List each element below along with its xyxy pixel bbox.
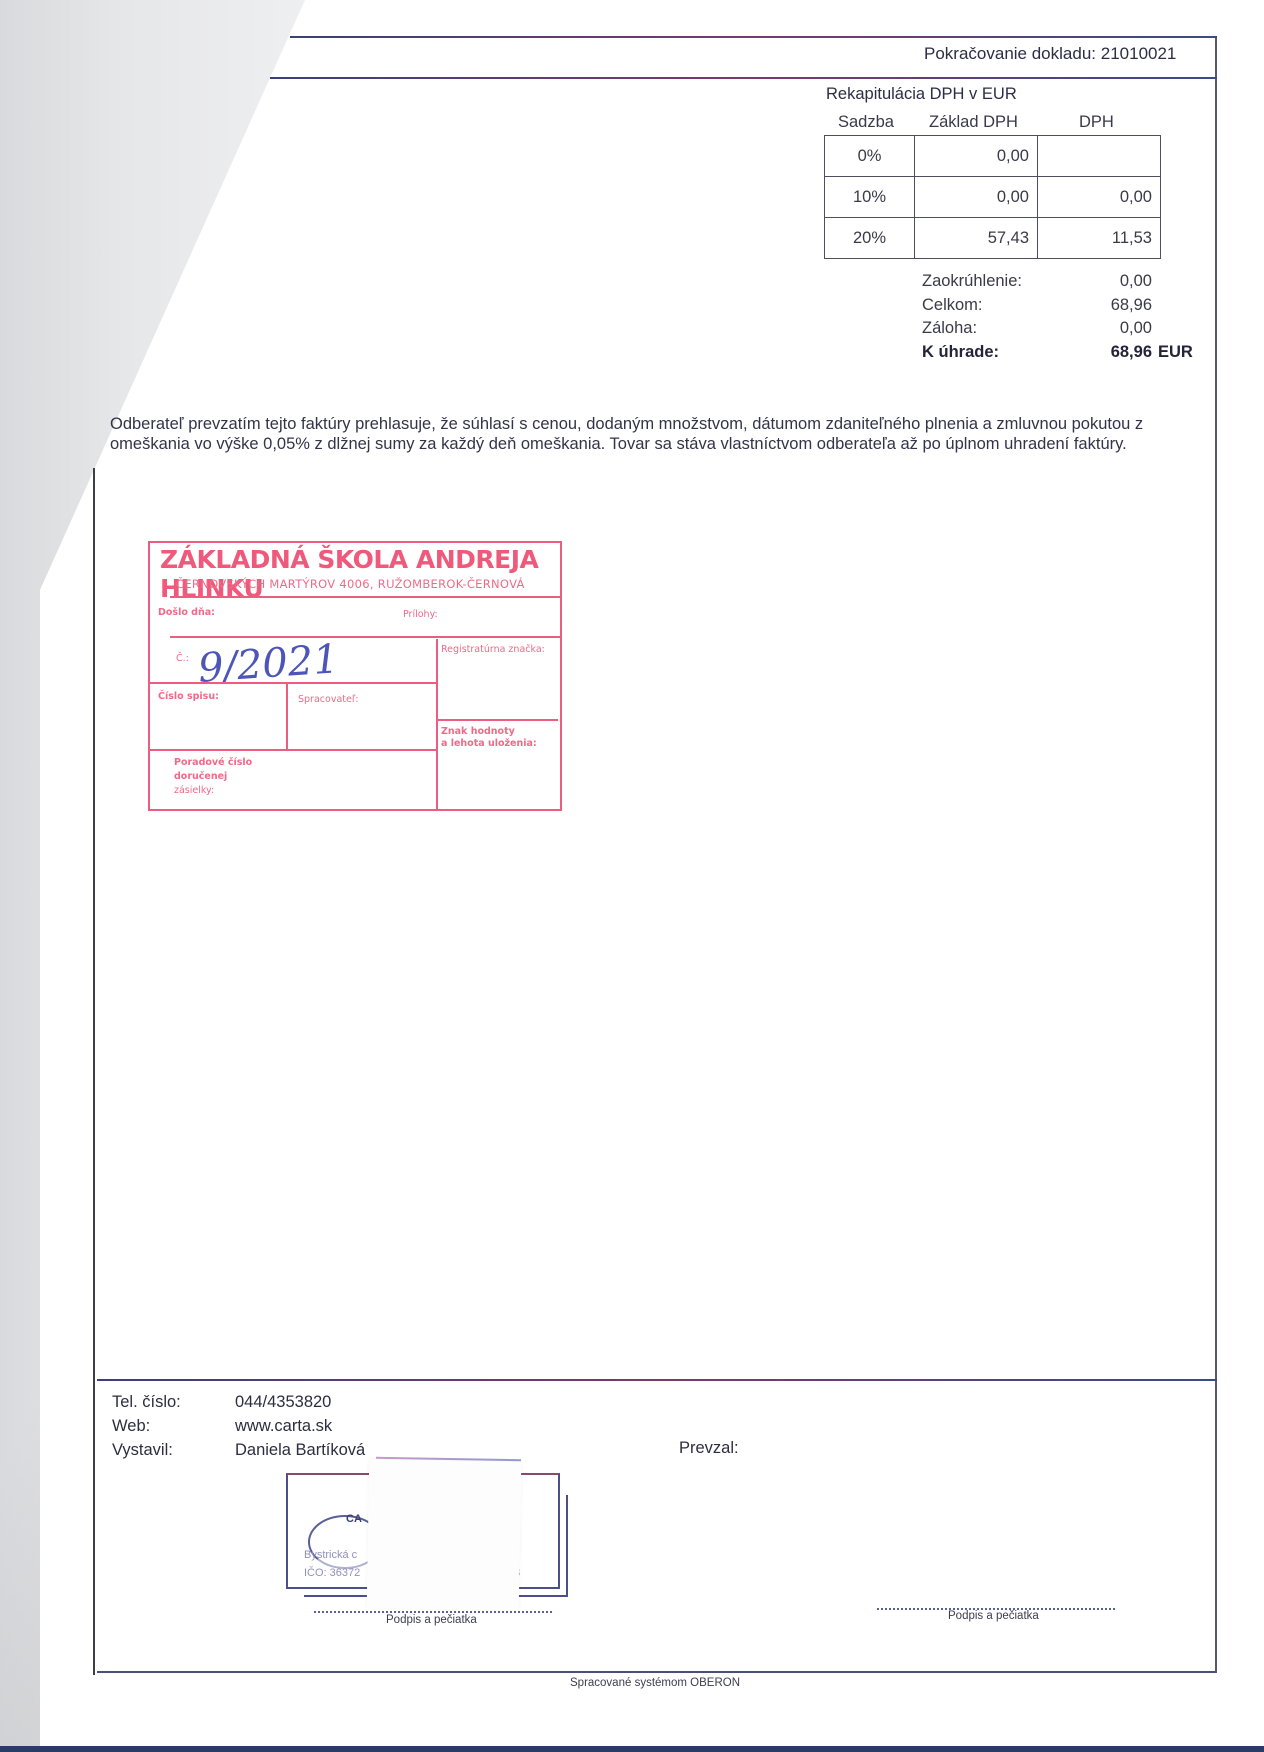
amount-due-value: 68,96 — [1102, 343, 1152, 367]
phone-value: 044/4353820 — [235, 1393, 331, 1412]
stamp-vertical-divider — [286, 684, 288, 750]
stamp-forwarded-label-2: doručenej — [174, 771, 227, 782]
rounding-label: Zaokrúhlenie: — [922, 272, 1102, 296]
amount-due-currency: EUR — [1158, 343, 1193, 367]
stamp-title: ZÁKLADNÁ ŠKOLA ANDREJA HLINKU — [160, 545, 562, 603]
document-continuation: Pokračovanie dokladu: 21010021 — [924, 44, 1176, 64]
header-top-rule — [290, 36, 1217, 38]
total-label: Celkom: — [922, 296, 1102, 320]
company-logo-text: CA — [346, 1513, 362, 1525]
terms-paragraph: Odberateľ prevzatím tejto faktúry prehla… — [110, 414, 1190, 454]
vat-col-vat: DPH — [1079, 113, 1114, 132]
rounding-value: 0,00 — [1102, 272, 1152, 296]
stamp-divider — [170, 636, 560, 638]
continuation-label: Pokračovanie dokladu: — [924, 44, 1096, 63]
vat-col-rate: Sadzba — [838, 113, 894, 132]
web-label: Web: — [112, 1417, 150, 1436]
vat-rate: 10% — [825, 177, 915, 218]
signature-label-right: Podpis a pečiatka — [948, 1610, 1039, 1622]
stamp-forwarded-label-3: zásielky: — [174, 785, 214, 796]
stamp-value-mark-label-2: a lehota uloženia: — [441, 738, 537, 749]
stamp-subtitle: ČERNOVSKÝCH MARTÝROV 4006, RUŽOMBEROK-ČE… — [176, 577, 525, 591]
signature-line-left — [314, 1611, 552, 1613]
header-bottom-rule — [270, 77, 1217, 79]
phone-label: Tel. číslo: — [112, 1393, 181, 1412]
table-row: 10% 0,00 0,00 — [825, 177, 1161, 218]
scan-bottom-edge — [0, 1746, 1264, 1752]
issued-by-value: Daniela Bartíková — [235, 1441, 365, 1460]
vat-amount — [1038, 136, 1161, 177]
document-frame-left-edge — [93, 468, 95, 1675]
amount-due-row: K úhrade: 68,96 EUR — [922, 343, 1193, 367]
vat-base: 57,43 — [915, 218, 1038, 259]
vat-summary-title: Rekapitulácia DPH v EUR — [826, 85, 1017, 104]
vat-rate: 20% — [825, 218, 915, 259]
vat-col-base: Základ DPH — [929, 113, 1018, 132]
vat-summary-table: 0% 0,00 10% 0,00 0,00 20% 57,43 11,53 — [824, 135, 1161, 259]
deposit-row: Záloha: 0,00 — [922, 319, 1193, 343]
company-stamp: CA Bystrická c berok IČO: 36372 4018 — [286, 1473, 572, 1595]
vat-base: 0,00 — [915, 177, 1038, 218]
vat-base: 0,00 — [915, 136, 1038, 177]
stamp-vertical-divider — [436, 639, 438, 809]
stamp-attachments-label: Prílohy: — [403, 609, 438, 620]
company-ico-left: IČO: 36372 — [304, 1567, 360, 1579]
footer-top-rule — [97, 1379, 1217, 1381]
deposit-label: Záloha: — [922, 319, 1102, 343]
vat-amount: 11,53 — [1038, 218, 1161, 259]
rounding-row: Zaokrúhlenie: 0,00 — [922, 272, 1193, 296]
totals-summary: Zaokrúhlenie: 0,00 Celkom: 68,96 Záloha:… — [922, 272, 1193, 366]
stamp-received-label: Došlo dňa: — [158, 607, 215, 618]
vat-rate: 0% — [825, 136, 915, 177]
company-address-left: Bystrická c — [304, 1549, 357, 1561]
stamp-divider — [150, 682, 438, 684]
processed-by-note: Spracované systémom OBERON — [570, 1677, 740, 1689]
stamp-divider — [150, 749, 438, 751]
stamp-number-label: Č.: — [176, 653, 189, 664]
total-value: 68,96 — [1102, 296, 1152, 320]
stamp-divider — [170, 596, 560, 598]
stamp-registry-mark-label: Registratúrna značka: — [441, 644, 545, 655]
vat-amount: 0,00 — [1038, 177, 1161, 218]
signature-label-left: Podpis a pečiatka — [386, 1614, 477, 1626]
amount-due-label: K úhrade: — [922, 343, 1102, 367]
stamp-divider — [438, 719, 558, 721]
received-by-label: Prevzal: — [679, 1439, 739, 1458]
deposit-value: 0,00 — [1102, 319, 1152, 343]
issued-by-label: Vystavil: — [112, 1441, 173, 1460]
stamp-processor-label: Spracovateľ: — [298, 694, 359, 705]
table-row: 20% 57,43 11,53 — [825, 218, 1161, 259]
stamp-value-mark-label-1: Znak hodnoty — [441, 726, 515, 737]
total-row: Celkom: 68,96 — [922, 296, 1193, 320]
table-row: 0% 0,00 — [825, 136, 1161, 177]
registry-stamp: ZÁKLADNÁ ŠKOLA ANDREJA HLINKU ČERNOVSKÝC… — [148, 541, 562, 811]
web-link[interactable]: www.carta.sk — [235, 1417, 332, 1436]
stamp-forwarded-label-1: Poradové číslo — [174, 757, 252, 768]
stamp-file-number-label: Číslo spisu: — [158, 691, 219, 702]
stamp-cover-patch — [367, 1460, 522, 1611]
document-number: 21010021 — [1101, 44, 1177, 63]
